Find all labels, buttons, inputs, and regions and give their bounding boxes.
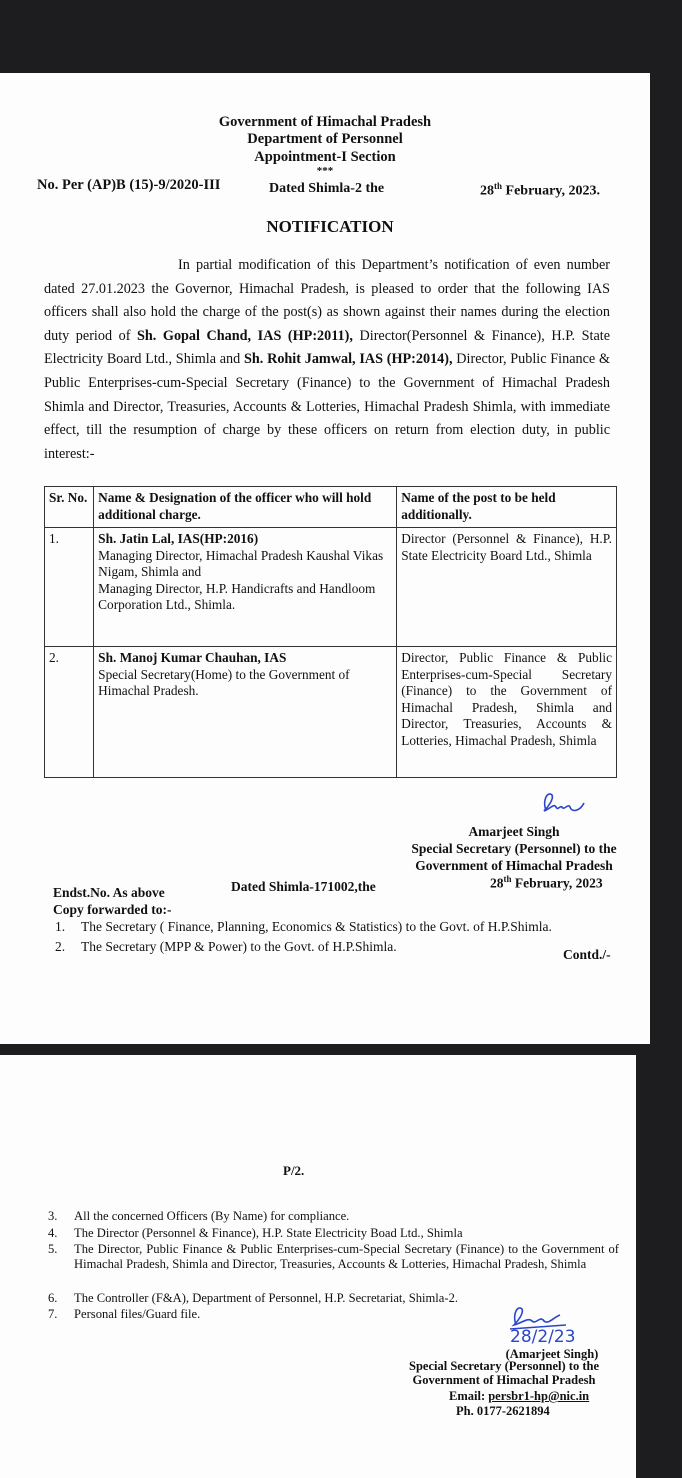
- header-sr-no: Sr. No.: [45, 487, 94, 528]
- cell-post: Director, Public Finance & Public Enterp…: [397, 647, 617, 778]
- table-header-row: Sr. No. Name & Designation of the office…: [45, 487, 617, 528]
- notification-date: 28th February, 2023.: [480, 181, 600, 200]
- signatory-date: 28th February, 2023: [490, 874, 603, 892]
- reference-number: No. Per (AP)B (15)-9/2020-III: [37, 177, 220, 194]
- signature-icon: [540, 789, 588, 817]
- header-government: Government of Himachal Pradesh: [0, 114, 650, 131]
- copy-item: 4.The Director (Personnel & Finance), H.…: [74, 1226, 619, 1241]
- cell-sr: 2.: [45, 647, 94, 778]
- signatory-email: Email: persbr1-hp@nic.in: [449, 1389, 589, 1404]
- signatory-title: Special Secretary (Personnel) to the: [388, 1359, 620, 1374]
- endorsement-number: Endst.No. As above: [53, 885, 165, 901]
- endorsement-dated: Dated Shimla-171002,the: [231, 879, 376, 895]
- signatory-title: Special Secretary (Personnel) to the: [398, 841, 630, 857]
- cell-officer: Sh. Jatin Lal, IAS(HP:2016) Managing Dir…: [94, 528, 397, 647]
- header-department: Department of Personnel: [0, 131, 650, 148]
- document-page-1: Government of Himachal Pradesh Departmen…: [0, 73, 650, 1044]
- header-post: Name of the post to be held additionally…: [397, 487, 617, 528]
- officer-designation: Managing Director, Himachal Pradesh Kaus…: [98, 548, 392, 581]
- signatory-phone: Ph. 0177-2621894: [456, 1404, 550, 1419]
- copy-forwarded-label: Copy forwarded to:-: [53, 902, 171, 918]
- page-number: P/2.: [283, 1163, 304, 1179]
- email-link[interactable]: persbr1-hp@nic.in: [488, 1389, 589, 1403]
- cell-sr: 1.: [45, 528, 94, 647]
- copy-item: 1.The Secretary ( Finance, Planning, Eco…: [55, 919, 552, 935]
- notification-body: In partial modification of this Departme…: [44, 254, 610, 466]
- signatory-name: Amarjeet Singh: [398, 824, 630, 840]
- copy-item: 2.The Secretary (MPP & Power) to the Gov…: [55, 939, 397, 955]
- signatory-government: Government of Himachal Pradesh: [388, 1373, 620, 1388]
- officer-name: Sh. Jatin Lal, IAS(HP:2016): [98, 531, 392, 548]
- officer-designation-2: Managing Director, H.P. Handicrafts and …: [98, 581, 392, 614]
- cell-officer: Sh. Manoj Kumar Chauhan, IAS Special Sec…: [94, 647, 397, 778]
- cell-post: Director (Personnel & Finance), H.P. Sta…: [397, 528, 617, 647]
- table-row: 1. Sh. Jatin Lal, IAS(HP:2016) Managing …: [45, 528, 617, 647]
- header-officer: Name & Designation of the officer who wi…: [94, 487, 397, 528]
- signatory-government: Government of Himachal Pradesh: [398, 858, 630, 874]
- signature-date: 28/2/23: [510, 1327, 576, 1347]
- copy-item: 3.All the concerned Officers (By Name) f…: [74, 1209, 619, 1224]
- dated-label: Dated Shimla-2 the: [269, 181, 384, 197]
- header-stars: ***: [0, 165, 650, 177]
- charge-table: Sr. No. Name & Designation of the office…: [44, 486, 617, 778]
- copy-item: 5.The Director, Public Finance & Public …: [74, 1242, 619, 1271]
- document-page-2: P/2. 3.All the concerned Officers (By Na…: [0, 1055, 636, 1478]
- officer-name: Sh. Manoj Kumar Chauhan, IAS: [98, 650, 392, 667]
- notification-title: NOTIFICATION: [0, 217, 660, 237]
- header-section: Appointment-I Section: [0, 149, 650, 166]
- officer-designation: Special Secretary(Home) to the Governmen…: [98, 667, 392, 700]
- continued-label: Contd./-: [563, 947, 611, 963]
- table-row: 2. Sh. Manoj Kumar Chauhan, IAS Special …: [45, 647, 617, 778]
